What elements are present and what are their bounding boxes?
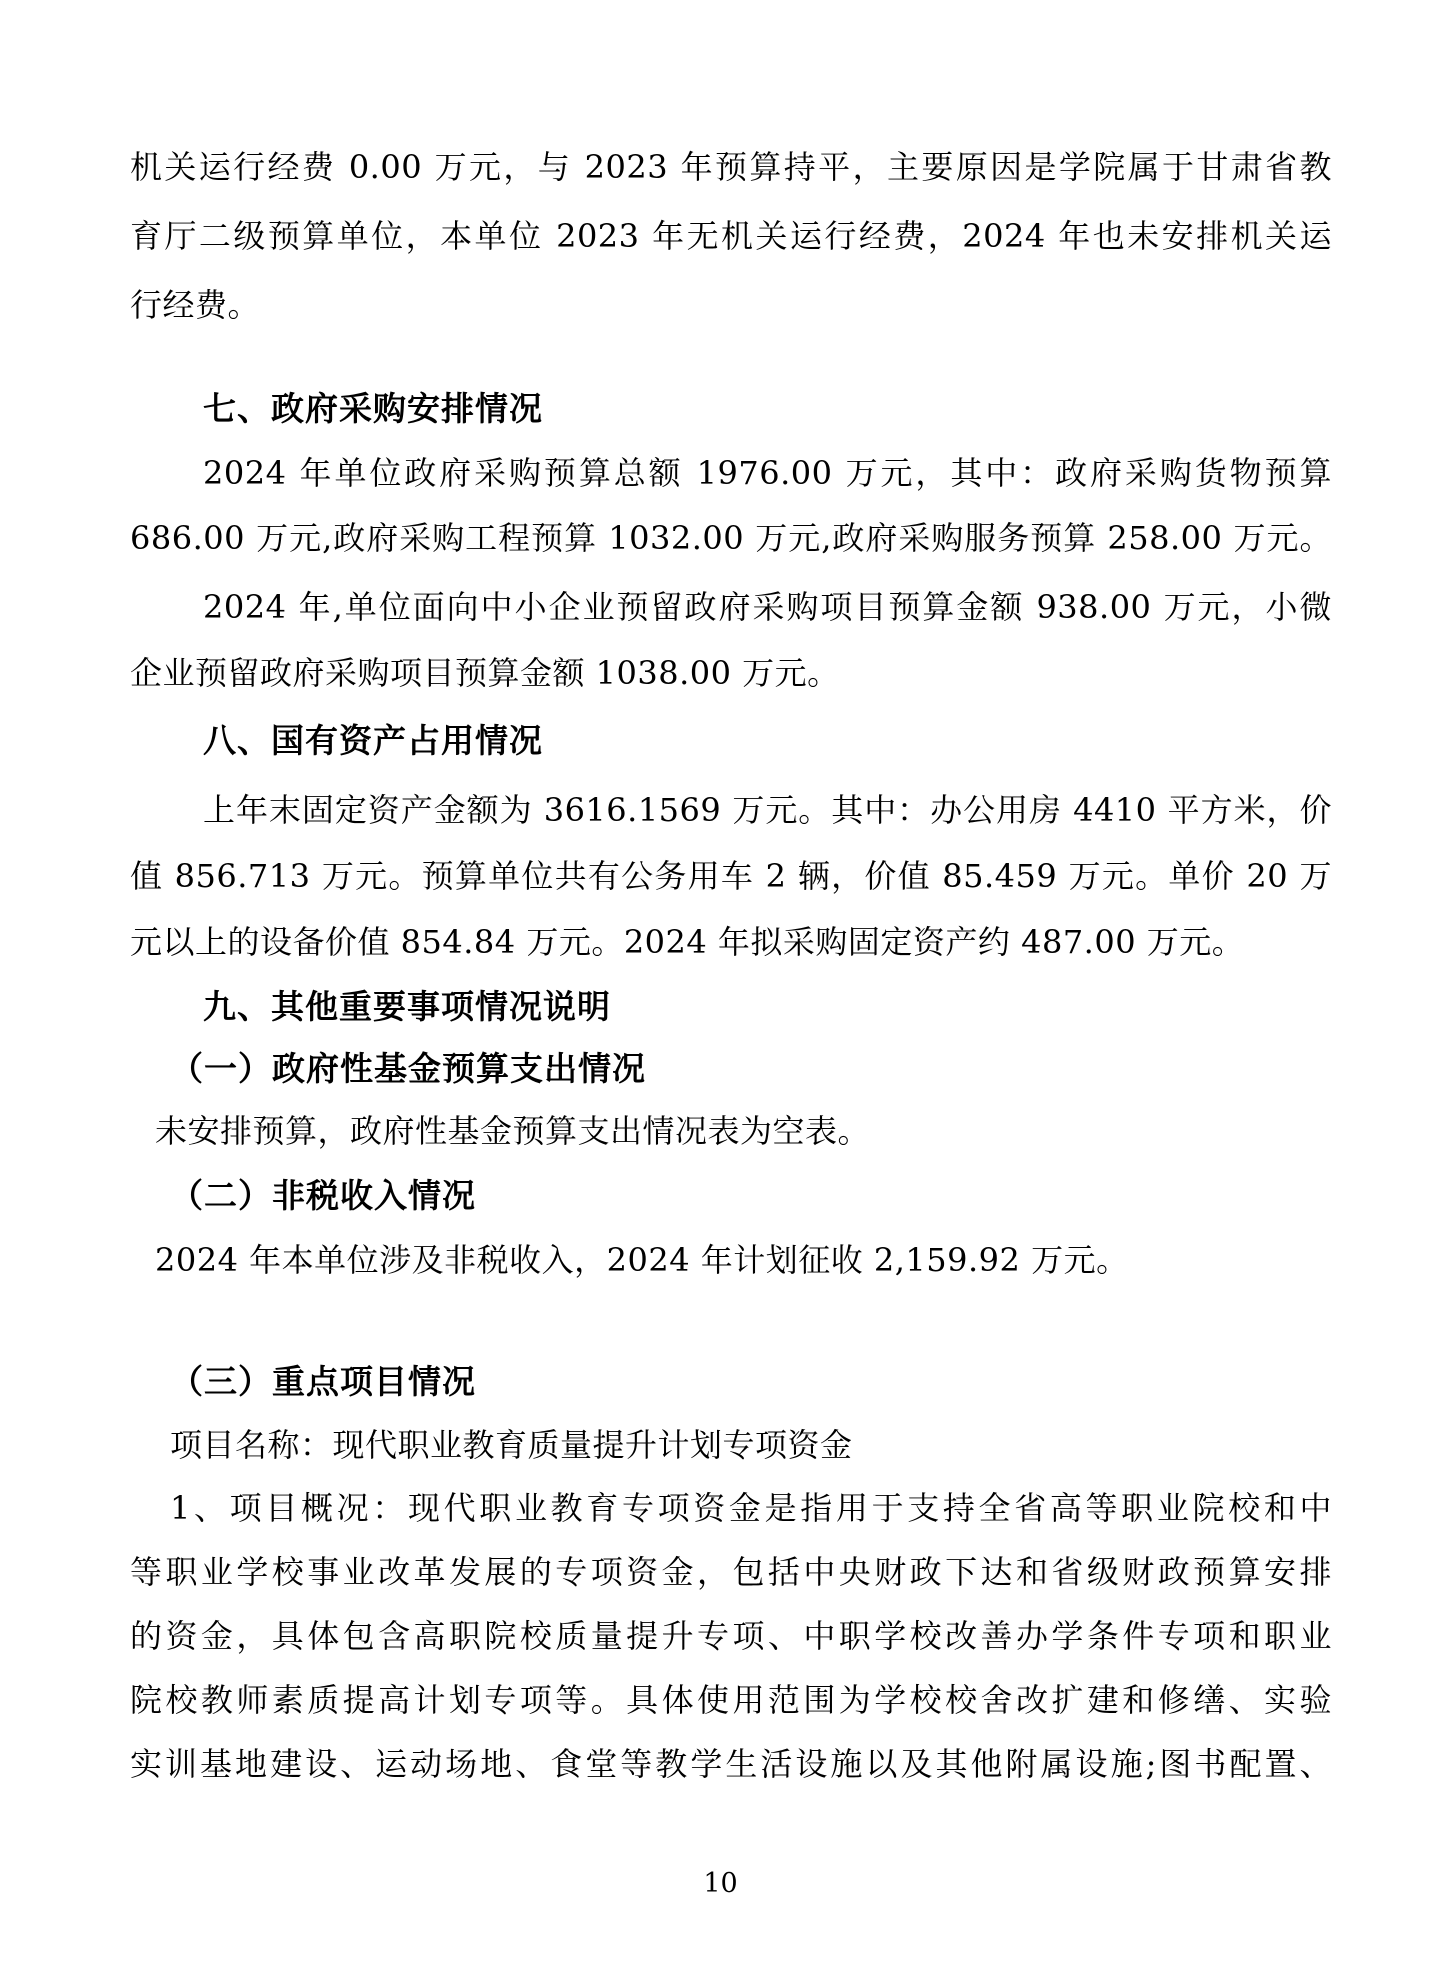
body-line: 上年末固定资产金额为 3616.1569 万元。其中：办公用房 4410 平方米… bbox=[130, 777, 1332, 843]
section9-sub3: （三）重点项目情况 bbox=[130, 1351, 1332, 1413]
body-line: 元以上的设备价值 854.84 万元。2024 年拟采购固定资产约 487.00… bbox=[130, 909, 1332, 975]
body-line: 行经费。 bbox=[130, 271, 1332, 340]
body-line: 2024 年本单位涉及非税收入，2024 年计划征收 2,159.92 万元。 bbox=[130, 1229, 1332, 1291]
section7-procurement-total-paragraph: 2024 年单位政府采购预算总额 1976.00 万元，其中：政府采购货物预算 … bbox=[130, 441, 1332, 571]
section9-sub1-paragraph: 未安排预算，政府性基金预算支出情况表为空表。 bbox=[130, 1100, 1332, 1162]
section9-sub3-heading: （三）重点项目情况 bbox=[130, 1351, 1332, 1413]
page-number: 10 bbox=[0, 1868, 1441, 1899]
section9-sub3-project-name-paragraph: 项目名称：现代职业教育质量提升计划专项资金 bbox=[130, 1414, 1332, 1476]
body-line: 未安排预算，政府性基金预算支出情况表为空表。 bbox=[130, 1100, 1332, 1162]
section9-sub2-heading: （二）非税收入情况 bbox=[130, 1165, 1332, 1227]
body-line: 2024 年,单位面向中小企业预留政府采购项目预算金额 938.00 万元，小微 bbox=[130, 574, 1332, 640]
carryover-paragraph: 机关运行经费 0.00 万元，与 2023 年预算持平，主要原因是学院属于甘肃省… bbox=[130, 133, 1332, 340]
body-line: 2024 年单位政府采购预算总额 1976.00 万元，其中：政府采购货物预算 bbox=[130, 441, 1332, 506]
body-line: 项目名称：现代职业教育质量提升计划专项资金 bbox=[130, 1414, 1332, 1476]
section9-sub2-paragraph: 2024 年本单位涉及非税收入，2024 年计划征收 2,159.92 万元。 bbox=[130, 1229, 1332, 1291]
section9-sub3-overview-paragraph: 1、项目概况：现代职业教育专项资金是指用于支持全省高等职业院校和中 等职业学校事… bbox=[130, 1476, 1332, 1796]
document-page: 机关运行经费 0.00 万元，与 2023 年预算持平，主要原因是学院属于甘肃省… bbox=[0, 0, 1441, 1982]
section9-sub2: （二）非税收入情况 bbox=[130, 1165, 1332, 1227]
section7-heading: 七、政府采购安排情况 bbox=[130, 376, 1332, 441]
body-line: 等职业学校事业改革发展的专项资金，包括中央财政下达和省级财政预算安排 bbox=[130, 1540, 1332, 1604]
body-line: 1、项目概况：现代职业教育专项资金是指用于支持全省高等职业院校和中 bbox=[130, 1476, 1332, 1540]
body-line: 实训基地建设、运动场地、食堂等教学生活设施以及其他附属设施;图书配置、 bbox=[130, 1732, 1332, 1796]
body-line: 育厅二级预算单位，本单位 2023 年无机关运行经费，2024 年也未安排机关运 bbox=[130, 202, 1332, 271]
body-line: 686.00 万元,政府采购工程预算 1032.00 万元,政府采购服务预算 2… bbox=[130, 506, 1332, 571]
section7: 七、政府采购安排情况 bbox=[130, 376, 1332, 441]
section8-heading: 八、国有资产占用情况 bbox=[130, 708, 1332, 773]
section8-assets-paragraph: 上年末固定资产金额为 3616.1569 万元。其中：办公用房 4410 平方米… bbox=[130, 777, 1332, 975]
body-line: 机关运行经费 0.00 万元，与 2023 年预算持平，主要原因是学院属于甘肃省… bbox=[130, 133, 1332, 202]
section7-sme-reserve-paragraph: 2024 年,单位面向中小企业预留政府采购项目预算金额 938.00 万元，小微… bbox=[130, 574, 1332, 706]
document-content: 机关运行经费 0.00 万元，与 2023 年预算持平，主要原因是学院属于甘肃省… bbox=[130, 133, 1332, 1796]
section9-sub1: （一）政府性基金预算支出情况 bbox=[130, 1038, 1332, 1100]
section9: 九、其他重要事项情况说明 bbox=[130, 976, 1332, 1038]
body-line: 院校教师素质提高计划专项等。具体使用范围为学校校舍改扩建和修缮、实验 bbox=[130, 1668, 1332, 1732]
body-line: 企业预留政府采购项目预算金额 1038.00 万元。 bbox=[130, 640, 1332, 706]
body-line: 值 856.713 万元。预算单位共有公务用车 2 辆，价值 85.459 万元… bbox=[130, 843, 1332, 909]
body-line: 的资金，具体包含高职院校质量提升专项、中职学校改善办学条件专项和职业 bbox=[130, 1604, 1332, 1668]
section9-heading: 九、其他重要事项情况说明 bbox=[130, 976, 1332, 1038]
section9-sub1-heading: （一）政府性基金预算支出情况 bbox=[130, 1038, 1332, 1100]
section8: 八、国有资产占用情况 bbox=[130, 708, 1332, 773]
